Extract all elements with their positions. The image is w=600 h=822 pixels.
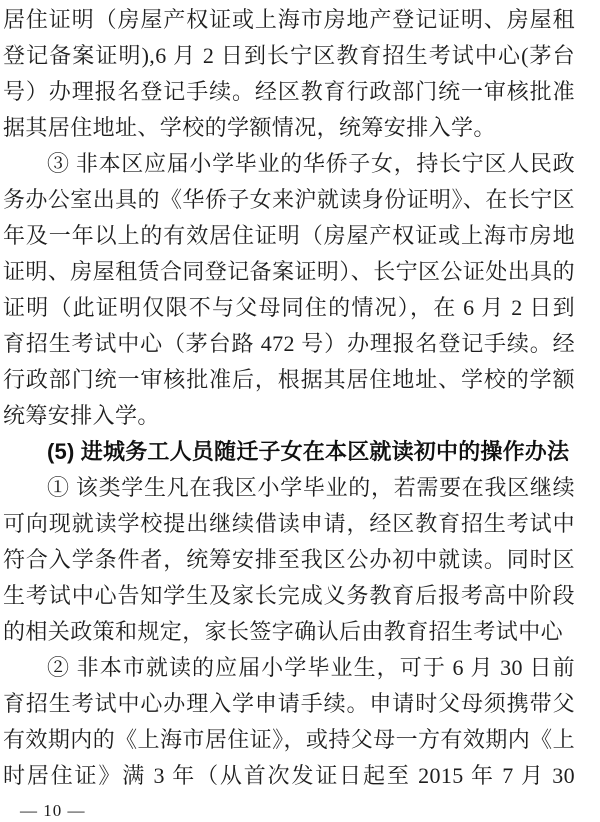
body-line: 据其居住地址、学校的学额情况，统筹安排入学。 xyxy=(3,110,575,146)
section-heading: (5) 进城务工人员随迁子女在本区就读初中的操作办法 xyxy=(3,434,575,470)
document-page: 居住证明（房屋产权证或上海市房地产登记证明、房屋租赁合同 登记备案证明),6 月… xyxy=(0,0,600,822)
body-line: 登记备案证明),6 月 2 日到长宁区教育招生考试中心(茅台路 472 xyxy=(3,38,575,74)
body-line: 育招生考试中心（茅台路 472 号）办理报名登记手续。经区教育 xyxy=(3,326,575,362)
paragraph-item-1: ① 该类学生凡在我区小学毕业的，若需要在我区继续就读， 可向现就读学校提出继续借… xyxy=(3,470,575,650)
body-line: 证明、房屋租赁合同登记备案证明）、长宁区公证处出具的监护人 xyxy=(3,254,575,290)
paragraph-continuation: 居住证明（房屋产权证或上海市房地产登记证明、房屋租赁合同 登记备案证明),6 月… xyxy=(3,2,575,146)
paragraph-item-2: ② 非本市就读的应届小学毕业生，可于 6 月 30 日前到区教 育招生考试中心办… xyxy=(3,650,575,794)
body-line: 有效期内的《上海市居住证》，或持父母一方有效期内《上海市临 xyxy=(3,722,575,758)
body-line: 年及一年以上的有效居住证明（房屋产权证或上海市房地产登记 xyxy=(3,218,575,254)
body-line: 务办公室出具的《华侨子女来沪就读身份证明》、在长宁区居住一 xyxy=(3,182,575,218)
body-line: 号）办理报名登记手续。经区教育行政部门统一审核批准后，根 xyxy=(3,74,575,110)
body-line: 育招生考试中心办理入学申请手续。申请时父母须携带父母一方 xyxy=(3,686,575,722)
body-line: 符合入学条件者，统筹安排至我区公办初中就读。同时区教育招 xyxy=(3,542,575,578)
body-line: 统筹安排入学。 xyxy=(3,398,575,434)
body-line: 生考试中心告知学生及家长完成义务教育后报考高中阶段学校等 xyxy=(3,578,575,614)
footer-page-number: — 10 — xyxy=(20,801,575,821)
paragraph-item-3: ③ 非本区应届小学毕业的华侨子女，持长宁区人民政府侨 务办公室出具的《华侨子女来… xyxy=(3,146,575,434)
body-line: 时居住证》满 3 年（从首次发证日起至 2015 年 7 月 30 日），且连 xyxy=(3,758,575,794)
body-line: 居住证明（房屋产权证或上海市房地产登记证明、房屋租赁合同 xyxy=(3,2,575,38)
body-line: ① 该类学生凡在我区小学毕业的，若需要在我区继续就读， xyxy=(3,470,575,506)
body-line: 的相关政策和规定，家长签字确认后由教育招生考试中心保存。 xyxy=(3,614,575,650)
body-line: 行政部门统一审核批准后，根据其居住地址、学校的学额情况， xyxy=(3,362,575,398)
paragraph-heading-5: (5) 进城务工人员随迁子女在本区就读初中的操作办法 xyxy=(3,434,575,470)
body-line: ③ 非本区应届小学毕业的华侨子女，持长宁区人民政府侨 xyxy=(3,146,575,182)
document-text-block: 居住证明（房屋产权证或上海市房地产登记证明、房屋租赁合同 登记备案证明),6 月… xyxy=(3,2,575,794)
body-line: ② 非本市就读的应届小学毕业生，可于 6 月 30 日前到区教 xyxy=(3,650,575,686)
body-line: 证明（此证明仅限不与父母同住的情况），在 6 月 2 日到长宁区教 xyxy=(3,290,575,326)
body-line: 可向现就读学校提出继续借读申请，经区教育招生考试中心审核 xyxy=(3,506,575,542)
